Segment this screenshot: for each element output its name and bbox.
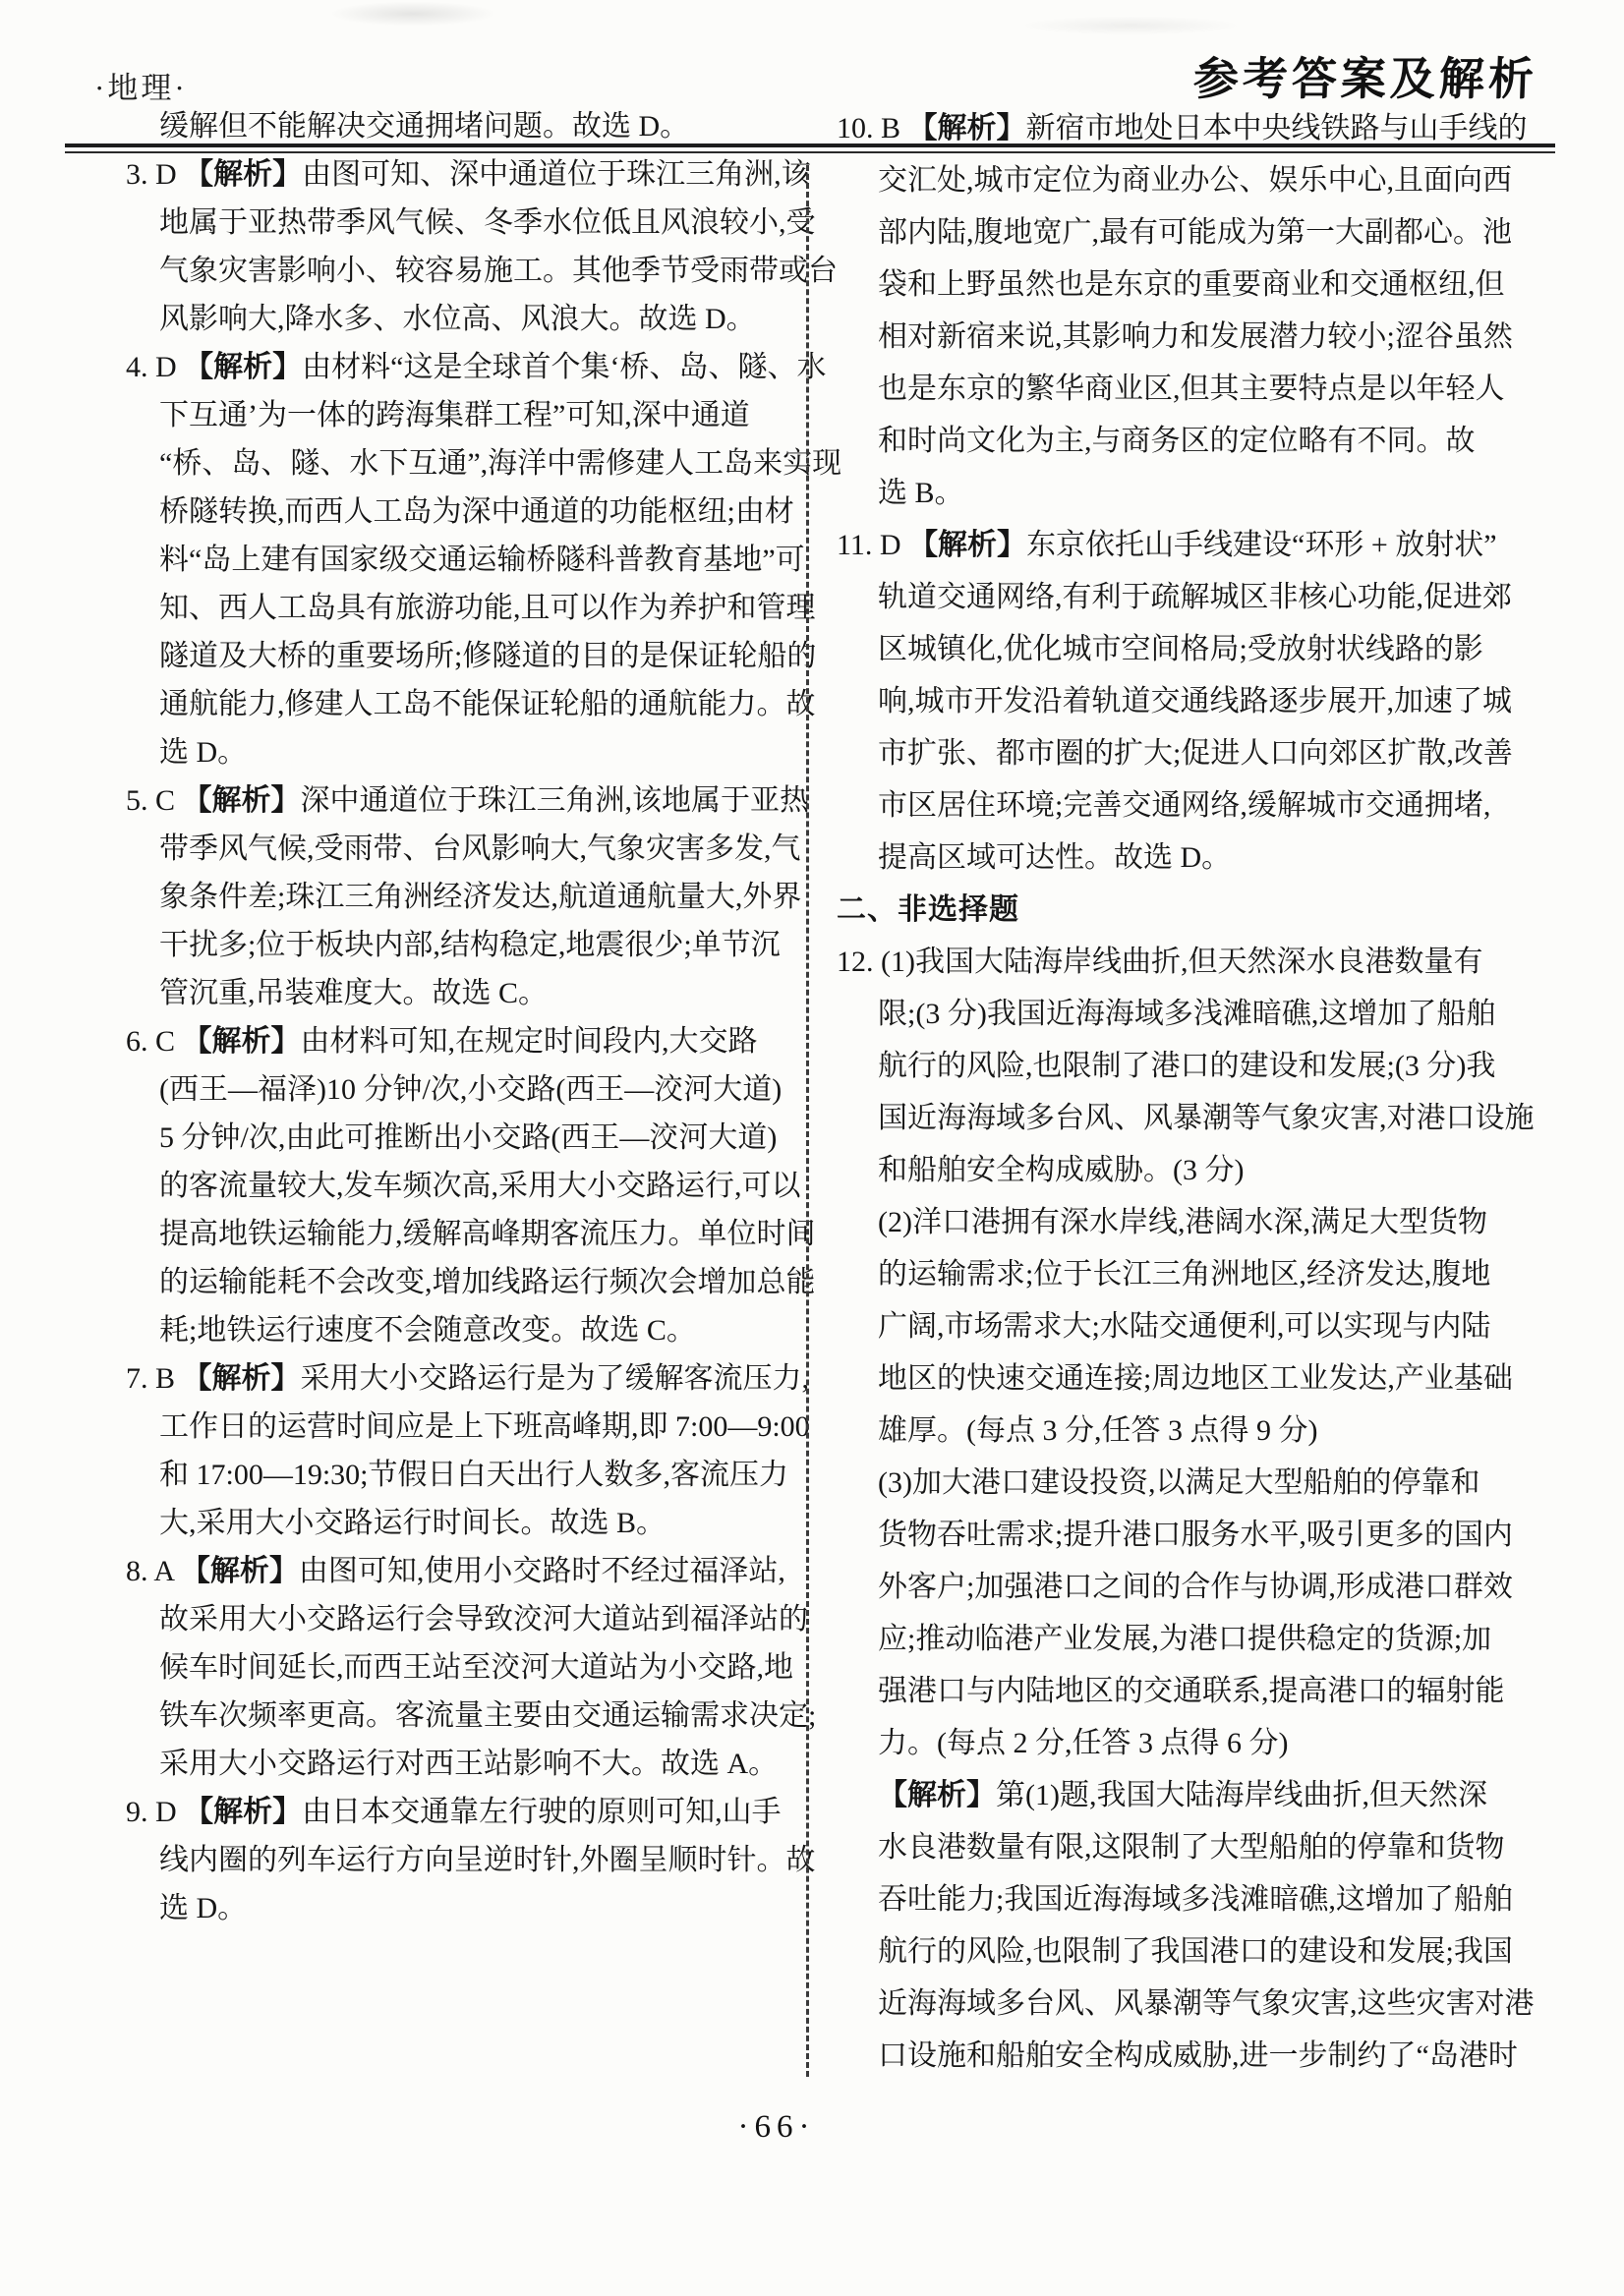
answer-line: 7. B 【解析】采用大小交路运行是为了缓解客流压力, <box>126 1354 828 1403</box>
answer-line: (3)加大港口建设投资,以满足大型船舶的停靠和 <box>837 1457 1538 1509</box>
answer-line: 也是东京的繁华商业区,但其主要特点是以年轻人 <box>837 363 1538 415</box>
analysis-label: 【解析】 <box>184 158 302 191</box>
answer-line: 桥隧转换,而西人工岛为深中通道的功能枢纽;由材 <box>126 488 828 536</box>
answer-line: 和时尚文化为主,与商务区的定位略有不同。故 <box>837 415 1538 467</box>
header-subject: ·地理· <box>94 63 188 107</box>
answer-line: 力。(每点 2 分,任答 3 点得 6 分) <box>837 1717 1538 1769</box>
answer-line: 航行的风险,也限制了港口的建设和发展;(3 分)我 <box>837 1040 1538 1092</box>
answer-line: 相对新宿来说,其影响力和发展潜力较小;涩谷虽然 <box>837 311 1538 363</box>
answer-line: 近海海域多台风、风暴潮等气象灾害,这些灾害对港 <box>837 1978 1538 2030</box>
answer-line: 耗;地铁运行速度不会随意改变。故选 C。 <box>126 1306 828 1354</box>
answer-line: 气象灾害影响小、较容易施工。其他季节受雨带或台 <box>126 247 828 295</box>
answer-line: 工作日的运营时间应是上下班高峰期,即 7:00—9:00 <box>126 1403 828 1451</box>
answer-line: 地区的快速交通连接;周边地区工业发达,产业基础 <box>837 1352 1538 1405</box>
answer-line: 11. D 【解析】东京依托山手线建设“环形 + 放射状” <box>837 519 1538 571</box>
analysis-label: 【解析】 <box>878 1779 996 1811</box>
analysis-label: 【解析】 <box>183 784 301 817</box>
answer-line: 应;推动临港产业发展,为港口提供稳定的货源;加 <box>837 1613 1538 1665</box>
answer-line: 【解析】第(1)题,我国大陆海岸线曲折,但天然深 <box>837 1769 1538 1821</box>
answer-line: 3. D 【解析】由图可知、深中通道位于珠江三角洲,该 <box>126 150 828 199</box>
answer-line: 大,采用大小交路运行时间长。故选 B。 <box>126 1499 828 1547</box>
answer-line: 选 D。 <box>126 728 828 776</box>
answers-column-right: 10. B 【解析】新宿市地处日本中央线铁路与山手线的交汇处,城市定位为商业办公… <box>837 102 1538 2082</box>
analysis-label: 【解析】 <box>184 1796 302 1828</box>
answer-line: 限;(3 分)我国近海海域多浅滩暗礁,这增加了船舶 <box>837 988 1538 1040</box>
answer-line: 6. C 【解析】由材料可知,在规定时间段内,大交路 <box>126 1017 828 1065</box>
answer-line: 10. B 【解析】新宿市地处日本中央线铁路与山手线的 <box>837 102 1538 154</box>
answer-line: 交汇处,城市定位为商业办公、娱乐中心,且面向西 <box>837 154 1538 206</box>
analysis-label: 【解析】 <box>183 1025 301 1058</box>
answer-line: 外客户;加强港口之间的合作与协调,形成港口群效 <box>837 1561 1538 1613</box>
answer-line: 选 D。 <box>126 1884 828 1932</box>
answer-line: 国近海海域多台风、风暴潮等气象灾害,对港口设施 <box>837 1092 1538 1144</box>
answer-line: 水良港数量有限,这限制了大型船舶的停靠和货物 <box>837 1821 1538 1873</box>
answer-line: 知、西人工岛具有旅游功能,且可以作为养护和管理 <box>126 584 828 632</box>
answer-line: (2)洋口港拥有深水岸线,港阔水深,满足大型货物 <box>837 1196 1538 1248</box>
answer-line: 通航能力,修建人工岛不能保证轮船的通航能力。故 <box>126 680 828 728</box>
answer-line: 地属于亚热带季风气候、冬季水位低且风浪较小,受 <box>126 199 828 247</box>
answer-line: 部内陆,腹地宽广,最有可能成为第一大副都心。池 <box>837 206 1538 258</box>
answer-line: 轨道交通网络,有利于疏解城区非核心功能,促进郊 <box>837 571 1538 623</box>
page-number: ·66· <box>609 2109 944 2146</box>
answers-column-left: 缓解但不能解决交通拥堵问题。故选 D。3. D 【解析】由图可知、深中通道位于珠… <box>126 102 828 1932</box>
analysis-label: 【解析】 <box>183 1362 301 1395</box>
answer-line: 铁车次频率更高。客流量主要由交通运输需求决定; <box>126 1692 828 1740</box>
answer-line: 袋和上野虽然也是东京的重要商业和交通枢纽,但 <box>837 258 1538 311</box>
answer-line: 的客流量较大,发车频次高,采用大小交路运行,可以 <box>126 1162 828 1210</box>
answer-line: 的运输能耗不会改变,增加线路运行频次会增加总能 <box>126 1258 828 1306</box>
answer-line: 故采用大小交路运行会导致洨河大道站到福泽站的 <box>126 1595 828 1643</box>
answer-line: 口设施和船舶安全构成威胁,进一步制约了“岛港时 <box>837 2030 1538 2082</box>
answer-line: 采用大小交路运行对西王站影响不大。故选 A。 <box>126 1740 828 1788</box>
answer-line: 响,城市开发沿着轨道交通线路逐步展开,加速了城 <box>837 675 1538 727</box>
answer-line: “桥、岛、隧、水下互通”,海洋中需修建人工岛来实现 <box>126 439 828 488</box>
answer-line: 市扩张、都市圈的扩大;促进人口向郊区扩散,改善 <box>837 727 1538 779</box>
answer-line: 吞吐能力;我国近海海域多浅滩暗礁,这增加了船舶 <box>837 1873 1538 1925</box>
answer-line: 和船舶安全构成威胁。(3 分) <box>837 1144 1538 1196</box>
answer-line: 12. (1)我国大陆海岸线曲折,但天然深水良港数量有 <box>837 936 1538 988</box>
answer-line: 管沉重,吊装难度大。故选 C。 <box>126 969 828 1017</box>
answer-line: 9. D 【解析】由日本交通靠左行驶的原则可知,山手 <box>126 1788 828 1836</box>
answer-line: 隧道及大桥的重要场所;修隧道的目的是保证轮船的 <box>126 632 828 680</box>
answer-line: 和 17:00—19:30;节假日白天出行人数多,客流压力 <box>126 1451 828 1499</box>
answer-line: 8. A 【解析】由图可知,使用小交路时不经过福泽站, <box>126 1547 828 1595</box>
answer-line: 5 分钟/次,由此可推断出小交路(西王—洨河大道) <box>126 1114 828 1162</box>
column-divider <box>806 165 809 2077</box>
answer-line: 线内圈的列车运行方向呈逆时针,外圈呈顺时针。故 <box>126 1836 828 1884</box>
answer-line: 下互通’为一体的跨海集群工程”可知,深中通道 <box>126 391 828 439</box>
answer-line: 货物吞吐需求;提升港口服务水平,吸引更多的国内 <box>837 1509 1538 1561</box>
analysis-label: 【解析】 <box>908 112 1026 144</box>
answer-line: 料“岛上建有国家级交通运输桥隧科普教育基地”可 <box>126 536 828 584</box>
answer-line: 干扰多;位于板块内部,结构稳定,地震很少;单节沉 <box>126 921 828 969</box>
answer-line: 风影响大,降水多、水位高、风浪大。故选 D。 <box>126 295 828 343</box>
answer-line: 提高地铁运输能力,缓解高峰期客流压力。单位时间 <box>126 1210 828 1258</box>
analysis-label: 【解析】 <box>908 529 1026 561</box>
answer-line: 雄厚。(每点 3 分,任答 3 点得 9 分) <box>837 1405 1538 1457</box>
answer-line: 5. C 【解析】深中通道位于珠江三角洲,该地属于亚热 <box>126 776 828 825</box>
answer-line: 的运输需求;位于长江三角洲地区,经济发达,腹地 <box>837 1248 1538 1300</box>
answer-key-page: ·地理· 参考答案及解析 缓解但不能解决交通拥堵问题。故选 D。3. D 【解析… <box>0 0 1624 2296</box>
answer-line: 带季风气候,受雨带、台风影响大,气象灾害多发,气 <box>126 825 828 873</box>
answer-line: 象条件差;珠江三角洲经济发达,航道通航量大,外界 <box>126 873 828 921</box>
analysis-label: 【解析】 <box>181 1555 299 1587</box>
answer-line: 强港口与内陆地区的交通联系,提高港口的辐射能 <box>837 1665 1538 1717</box>
answer-line: 提高区域可达性。故选 D。 <box>837 832 1538 884</box>
answer-line: 选 B。 <box>837 467 1538 519</box>
answer-line: 候车时间延长,而西王站至洨河大道站为小交路,地 <box>126 1643 828 1692</box>
answer-line: 航行的风险,也限制了我国港口的建设和发展;我国 <box>837 1925 1538 1978</box>
answer-line: 4. D 【解析】由材料“这是全球首个集‘桥、岛、隧、水 <box>126 343 828 391</box>
answer-line: 广阔,市场需求大;水陆交通便利,可以实现与内陆 <box>837 1300 1538 1352</box>
page-title: 参考答案及解析 <box>1192 43 1538 108</box>
answer-line: 二、非选择题 <box>837 884 1538 936</box>
answer-line: (西王—福泽)10 分钟/次,小交路(西王—洨河大道) <box>126 1065 828 1114</box>
answer-line: 市区居住环境;完善交通网络,缓解城市交通拥堵, <box>837 779 1538 832</box>
analysis-label: 【解析】 <box>184 351 302 383</box>
answer-line: 缓解但不能解决交通拥堵问题。故选 D。 <box>126 102 828 150</box>
answer-line: 区城镇化,优化城市空间格局;受放射状线路的影 <box>837 623 1538 675</box>
